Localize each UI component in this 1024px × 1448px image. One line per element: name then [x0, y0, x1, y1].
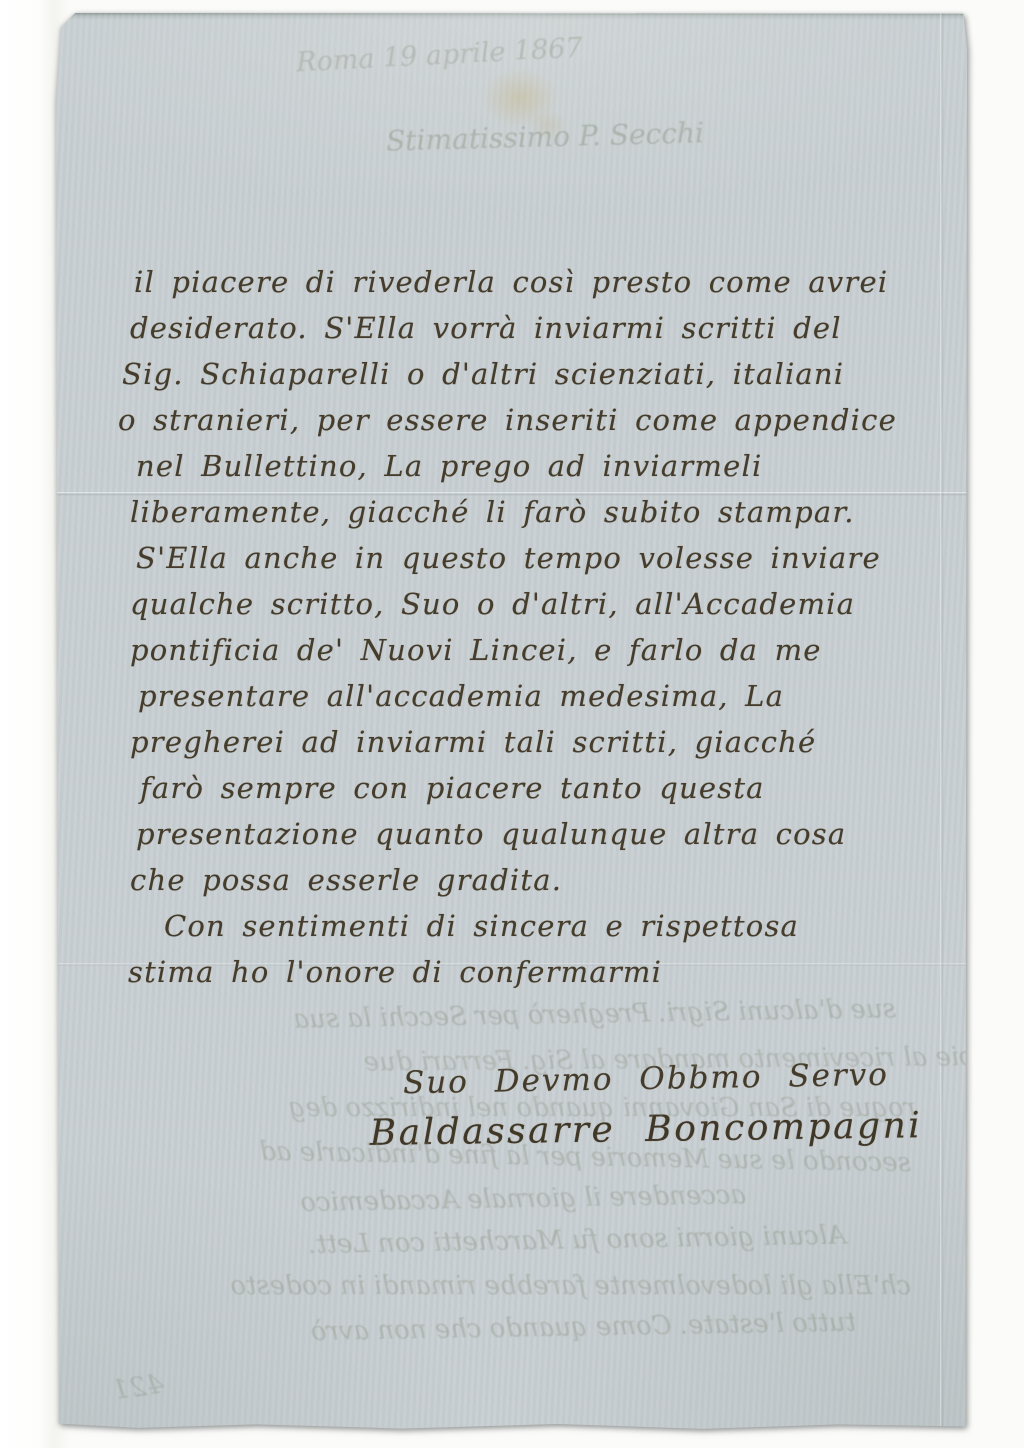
scanner-background: Roma 19 aprile 1867 Stimatissimo P. Secc… — [0, 0, 1024, 1448]
letter-line: pontificia de' Nuovi Lincei, e farlo da … — [130, 627, 940, 673]
ghost-show-through-line: sue d'alcuni Sigri. Pregherò per Secchi … — [106, 994, 896, 1038]
ghost-show-through-line: tutto l'estate. Come quando che non avrò — [106, 1307, 856, 1350]
ghost-salutation: Stimatissimo P. Secchi — [386, 114, 807, 158]
letter-line: Sig. Schiaparelli o d'altri scienziati, … — [122, 351, 940, 397]
ghost-show-through-line: rogue di San Giovanni quando nel indiriz… — [146, 1093, 916, 1123]
letter-line: farò sempre con piacere tanto questa — [140, 765, 940, 811]
ghost-show-through-line: copie al ricevimento mandare al Sig. Fer… — [276, 1042, 1006, 1078]
ghost-dateline: Roma 19 aprile 1867 — [295, 27, 696, 79]
letter-line: o stranieri, per essere inseriti come ap… — [118, 397, 940, 443]
letter-line: pregherei ad inviarmi tali scritti, giac… — [130, 719, 940, 765]
letter-line: desiderato. S'Ella vorrà inviarmi scritt… — [130, 305, 940, 351]
ghost-corner-number: 421 — [72, 1369, 165, 1412]
ghost-show-through-line: ch'Ella gli lodevolmente farebbe rimandi… — [91, 1271, 911, 1301]
letter-line: qualche scritto, Suo o d'altri, all'Acca… — [130, 581, 940, 627]
letter-line: nel Bullettino, La prego ad inviarmeli — [136, 443, 940, 489]
letter-line: S'Ella anche in questo tempo volesse inv… — [136, 535, 940, 581]
letter-page-wrapper: Roma 19 aprile 1867 Stimatissimo P. Secc… — [56, 13, 967, 1430]
letter-line: liberamente, giacché li farò subito stam… — [130, 489, 940, 535]
letter-line: il piacere di rivederla così presto come… — [134, 259, 940, 305]
letter-line: presentare all'accademia medesima, La — [138, 673, 940, 719]
ghost-show-through-line: accendere il giornale Accademico — [186, 1180, 746, 1220]
letter-line: presentazione quanto qualunque altra cos… — [136, 811, 940, 857]
vertical-fold-crease — [940, 13, 944, 1430]
letter-body: il piacere di rivederla così presto come… — [130, 259, 940, 995]
letter-line: stima ho l'onore di confermarmi — [128, 949, 940, 995]
letter-page: Roma 19 aprile 1867 Stimatissimo P. Secc… — [56, 13, 967, 1430]
letter-line: Con sentimenti di sincera e rispettosa — [164, 903, 940, 949]
letter-line: che possa esserle gradita. — [130, 857, 940, 903]
ghost-show-through-line: Alcuni giorni sono fu Marchetti con Lett… — [106, 1221, 846, 1264]
